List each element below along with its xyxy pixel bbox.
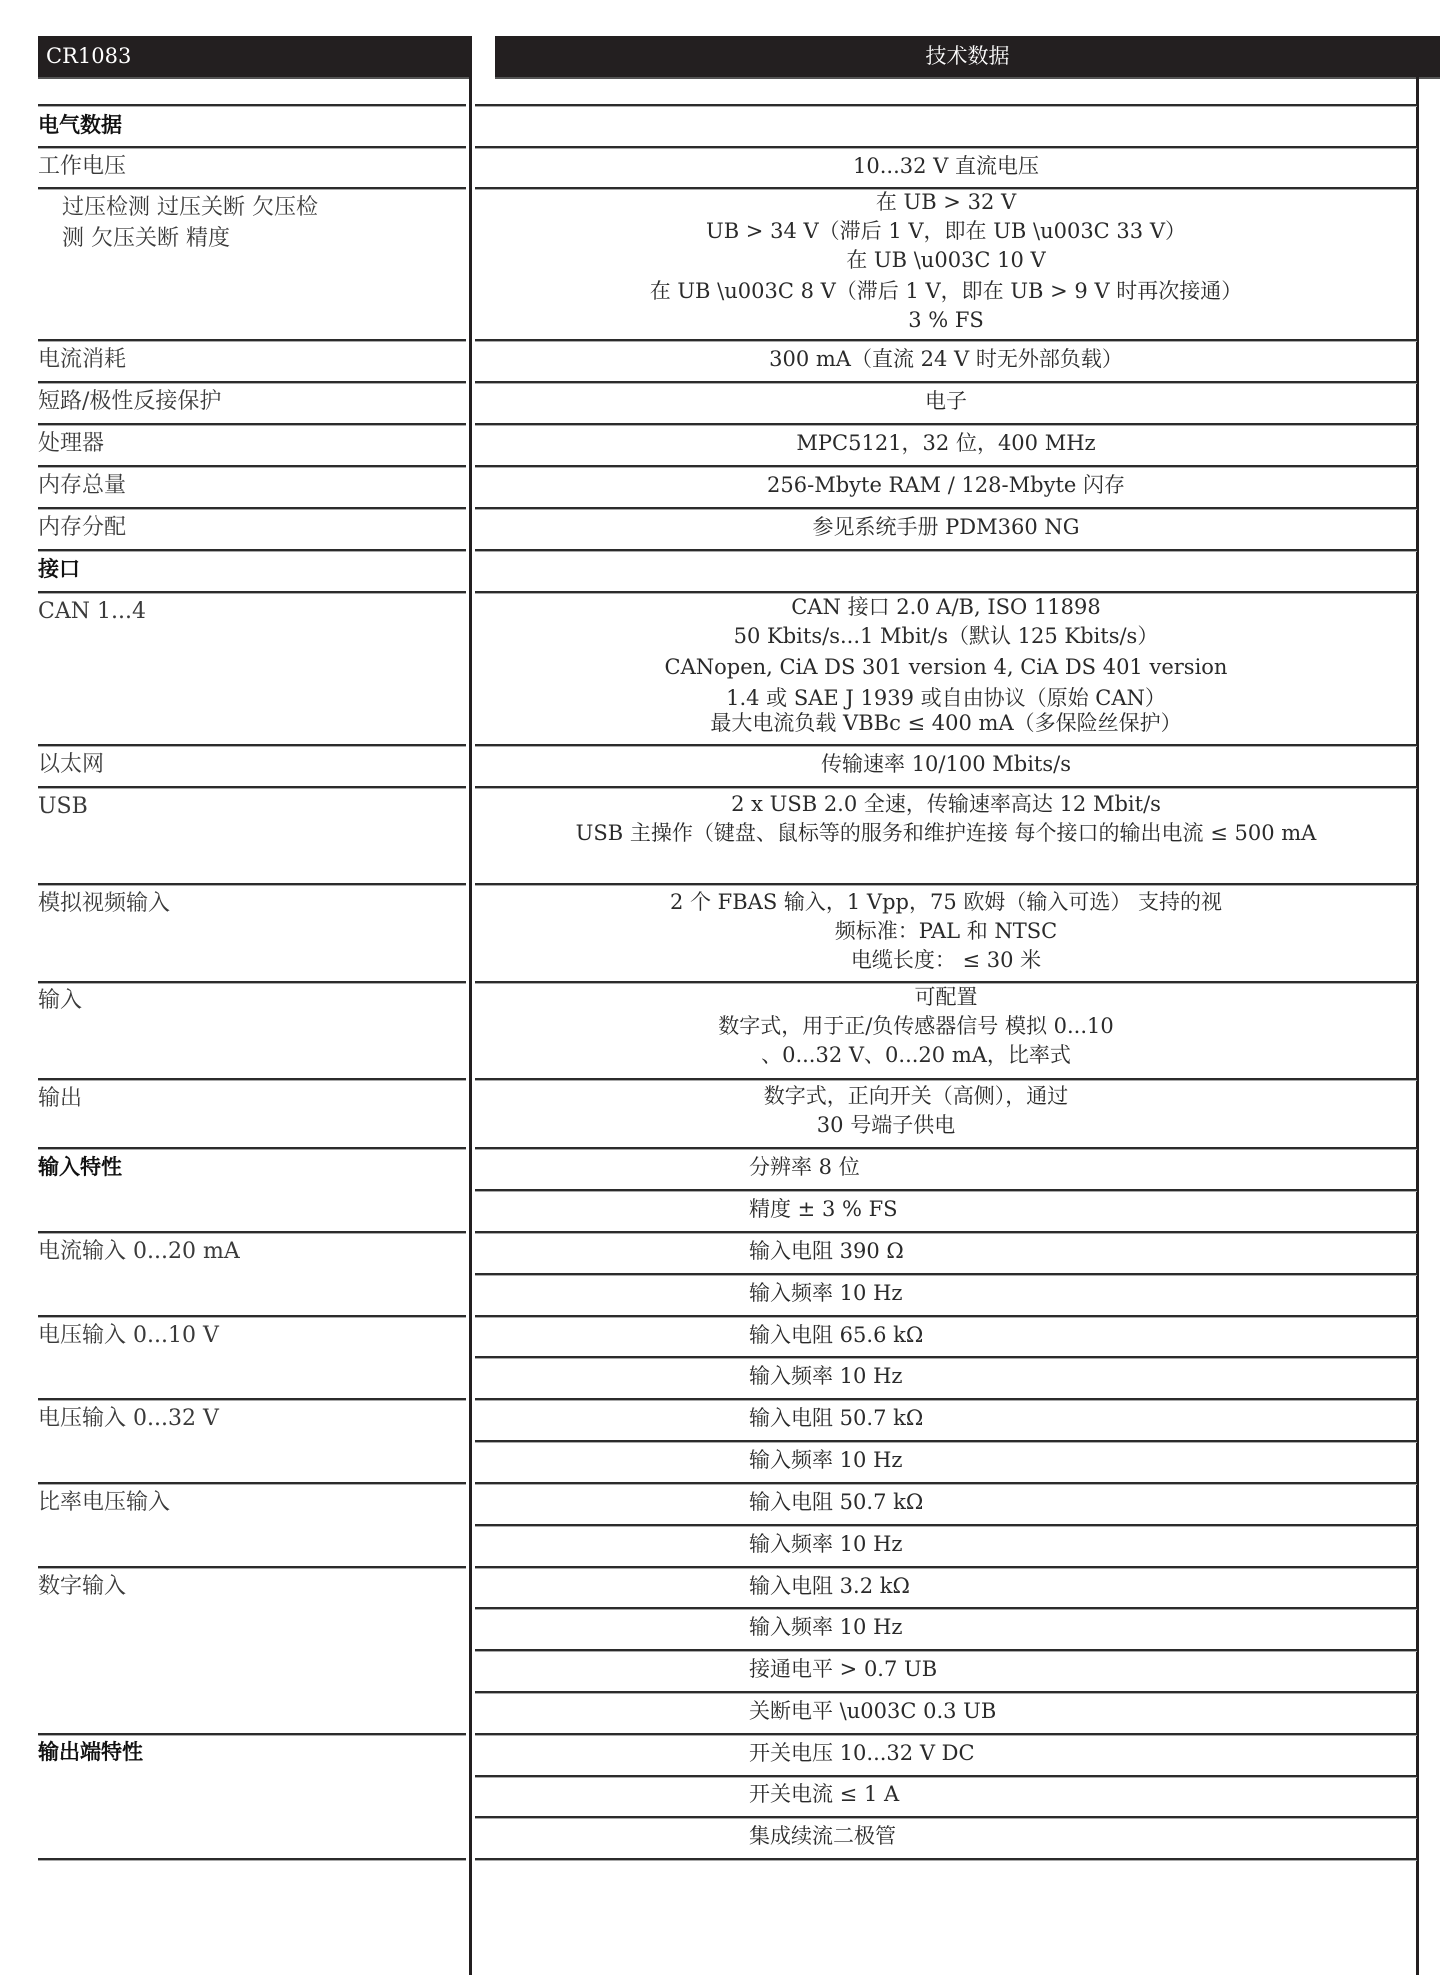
row-divider [38, 1078, 466, 1081]
digital-input-on-level: 接通电平 > 0.7 UB [749, 1655, 937, 1684]
inputs-label: 输入 [38, 985, 458, 1016]
resolution-value: 分辨率 8 位 [749, 1153, 860, 1182]
voltage-input-10-frequency: 输入频率 10 Hz [749, 1362, 902, 1391]
row-divider [475, 104, 1417, 107]
row-divider [38, 1231, 466, 1234]
protection-value: 在 UB > 32 V [476, 188, 1416, 217]
voltage-input-10-label: 电压输入 0...10 V [38, 1320, 458, 1351]
row-divider [38, 1315, 466, 1318]
row-divider [38, 507, 466, 510]
operating-voltage-label: 工作电压 [38, 151, 458, 182]
digital-input-resistance: 输入电阻 3.2 kΩ [749, 1572, 910, 1601]
memory-alloc-value: 参见系统手册 PDM360 NG [476, 513, 1416, 542]
row-divider [475, 1231, 1417, 1234]
row-divider [38, 744, 466, 747]
video-input-values: 2 个 FBAS 输入，1 Vpp，75 欧姆（输入可选） 支持的视 频标准：P… [476, 888, 1416, 975]
digital-input-label: 数字输入 [38, 1571, 458, 1602]
memory-total-value: 256-Mbyte RAM / 128-Mbyte 闪存 [476, 471, 1416, 500]
digital-input-frequency: 输入频率 10 Hz [749, 1613, 902, 1642]
row-divider [475, 1816, 1417, 1819]
can-values: CAN 接口 2.0 A/B, ISO 11898 50 Kbits/s...1… [476, 593, 1416, 738]
protection-value: UB > 34 V（滞后 1 V，即在 UB \u003C 33 V） [476, 217, 1416, 246]
row-divider [475, 1398, 1417, 1401]
outputs-value: 30 号端子供电 [356, 1111, 1416, 1140]
processor-value: MPC5121，32 位，400 MHz [476, 429, 1416, 458]
row-divider [475, 1078, 1417, 1081]
row-divider [38, 591, 466, 594]
ethernet-value: 传输速率 10/100 Mbits/s [476, 750, 1416, 779]
processor-label: 处理器 [38, 428, 458, 459]
can-label: CAN 1...4 [38, 596, 458, 627]
video-input-value: 频标准：PAL 和 NTSC [476, 917, 1416, 946]
ratiometric-input-resistance: 输入电阻 50.7 kΩ [749, 1488, 923, 1517]
right-border [1416, 36, 1419, 1975]
row-divider [475, 1524, 1417, 1527]
current-input-frequency: 输入频率 10 Hz [749, 1279, 902, 1308]
memory-total-label: 内存总量 [38, 470, 458, 501]
can-value: CANopen, CiA DS 301 version 4, CiA DS 40… [476, 653, 1416, 682]
row-divider [475, 1315, 1417, 1318]
row-divider [38, 1482, 466, 1485]
row-divider [475, 1147, 1417, 1150]
can-value: 50 Kbits/s...1 Mbit/s（默认 125 Kbits/s） [476, 622, 1416, 651]
protection-label-line2: 测 欠压关断 精度 [62, 223, 392, 254]
short-circuit-label: 短路/极性反接保护 [38, 386, 458, 417]
voltage-input-10-resistance: 输入电阻 65.6 kΩ [749, 1321, 923, 1350]
row-divider [38, 465, 466, 468]
row-divider [38, 549, 466, 552]
row-divider [38, 187, 466, 190]
row-divider [475, 1356, 1417, 1359]
row-divider [475, 1189, 1417, 1192]
outputs-value: 数字式，正向开关（高侧），通过 [416, 1082, 1416, 1111]
current-input-label: 电流输入 0...20 mA [38, 1236, 458, 1267]
section-title-output-characteristics: 输出端特性 [38, 1737, 458, 1768]
row-divider [475, 883, 1417, 886]
row-divider [475, 1775, 1417, 1778]
switching-current-value: 开关电流 ≤ 1 A [749, 1780, 899, 1809]
ratiometric-input-frequency: 输入频率 10 Hz [749, 1530, 902, 1559]
row-divider [38, 146, 466, 149]
short-circuit-value: 电子 [476, 387, 1416, 416]
row-divider [475, 339, 1417, 342]
model-header: CR1083 [38, 36, 472, 79]
row-divider [38, 786, 466, 789]
usb-value: USB 主操作（键盘、鼠标等的服务和维护连接 每个接口的输出电流 ≤ 500 m… [476, 819, 1416, 848]
ratiometric-input-label: 比率电压输入 [38, 1487, 458, 1518]
memory-alloc-label: 内存分配 [38, 512, 458, 543]
row-divider [475, 1733, 1417, 1736]
row-divider [475, 1273, 1417, 1276]
row-divider [475, 507, 1417, 510]
row-divider [475, 1607, 1417, 1610]
inputs-values: 可配置 数字式，用于正/负传感器信号 模拟 0...10 、0...32 V、0… [476, 983, 1416, 1070]
row-divider [475, 1858, 1417, 1861]
row-divider [38, 883, 466, 886]
can-value: 最大电流负载 VBBc ≤ 400 mA（多保险丝保护） [476, 709, 1416, 738]
column-divider [469, 36, 472, 1975]
operating-voltage-value: 10...32 V 直流电压 [476, 152, 1416, 181]
current-consumption-label: 电流消耗 [38, 344, 458, 375]
voltage-input-32-frequency: 输入频率 10 Hz [749, 1446, 902, 1475]
protection-value: 在 UB \u003C 8 V（滞后 1 V，即在 UB > 9 V 时再次接通… [476, 277, 1416, 306]
protection-label-line1: 过压检测 过压关断 欠压检 [62, 192, 392, 223]
row-divider [475, 549, 1417, 552]
row-divider [475, 1649, 1417, 1652]
row-divider [38, 1147, 466, 1150]
row-divider [475, 381, 1417, 384]
row-divider [38, 1566, 466, 1569]
row-divider [475, 423, 1417, 426]
row-divider [38, 1858, 466, 1861]
row-divider [38, 1733, 466, 1736]
outputs-label: 输出 [38, 1083, 458, 1114]
voltage-input-32-label: 电压输入 0...32 V [38, 1403, 458, 1434]
voltage-input-32-resistance: 输入电阻 50.7 kΩ [749, 1404, 923, 1433]
row-divider [475, 744, 1417, 747]
row-divider [38, 1398, 466, 1401]
video-input-value: 2 个 FBAS 输入，1 Vpp，75 欧姆（输入可选） 支持的视 [476, 888, 1416, 917]
row-divider [475, 786, 1417, 789]
digital-input-off-level: 关断电平 \u003C 0.3 UB [749, 1697, 996, 1726]
protection-value: 在 UB \u003C 10 V [476, 246, 1416, 275]
row-divider [38, 339, 466, 342]
switching-voltage-value: 开关电压 10...32 V DC [749, 1739, 975, 1768]
video-input-label: 模拟视频输入 [38, 888, 458, 919]
row-divider [475, 1566, 1417, 1569]
row-divider [475, 146, 1417, 149]
row-divider [38, 981, 466, 984]
usb-values: 2 x USB 2.0 全速，传输速率高达 12 Mbit/s USB 主操作（… [476, 790, 1416, 848]
inputs-value: 可配置 [476, 983, 1416, 1012]
ethernet-label: 以太网 [38, 749, 458, 780]
row-divider [475, 465, 1417, 468]
can-value: CAN 接口 2.0 A/B, ISO 11898 [476, 593, 1416, 622]
usb-label: USB [38, 791, 458, 822]
inputs-value: 、0...32 V、0...20 mA，比率式 [416, 1041, 1416, 1070]
outputs-values: 数字式，正向开关（高侧），通过 30 号端子供电 [476, 1082, 1416, 1140]
row-divider [38, 423, 466, 426]
current-input-resistance: 输入电阻 390 Ω [749, 1237, 904, 1266]
protection-value: 3 % FS [476, 306, 1416, 335]
video-input-value: 电缆长度： ≤ 30 米 [476, 946, 1416, 975]
section-title-interfaces: 接口 [38, 554, 458, 585]
usb-value: 2 x USB 2.0 全速，传输速率高达 12 Mbit/s [476, 790, 1416, 819]
technical-data-header: 技术数据 [495, 36, 1440, 79]
row-divider [475, 1691, 1417, 1694]
section-title-electrical: 电气数据 [38, 110, 458, 141]
protection-label: 过压检测 过压关断 欠压检 测 欠压关断 精度 [62, 192, 392, 254]
row-divider [38, 104, 466, 107]
accuracy-value: 精度 ± 3 % FS [749, 1195, 898, 1224]
row-divider [475, 1440, 1417, 1443]
protection-values: 在 UB > 32 V UB > 34 V（滞后 1 V，即在 UB \u003… [476, 188, 1416, 335]
row-divider [475, 1482, 1417, 1485]
row-divider [38, 381, 466, 384]
current-consumption-value: 300 mA（直流 24 V 时无外部负载） [476, 345, 1416, 374]
section-title-input-characteristics: 输入特性 [38, 1152, 458, 1183]
inputs-value: 数字式，用于正/负传感器信号 模拟 0...10 [416, 1012, 1416, 1041]
freewheeling-diode-value: 集成续流二极管 [749, 1822, 896, 1851]
